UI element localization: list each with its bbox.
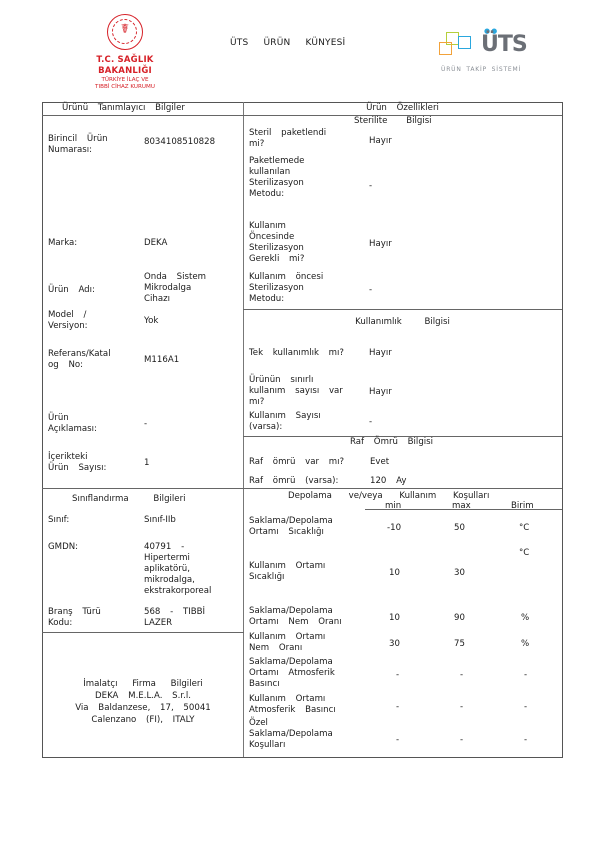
value-model: Yok	[144, 316, 158, 327]
page-title: ÜTS ÜRÜN KÜNYESİ	[230, 38, 360, 49]
value-shelf-life: 120 Ay	[370, 476, 407, 487]
label-shelf-life: Raf ömrü (varsa):	[249, 476, 338, 487]
shelf-life-heading: Raf Ömrü Bilgisi	[350, 437, 433, 448]
ministry-sub-2: TIBBİ CİHAZ KURUMU	[70, 84, 180, 91]
value-branch-code: 568 - TIBBİ LAZER	[144, 607, 205, 629]
value-product-name: Onda Sistem Mikrodalga Cihazı	[144, 272, 206, 305]
label-special-storage: Özel Saklama/Depolama Koşulları	[249, 718, 333, 751]
usage-pressure-max: -	[460, 702, 463, 713]
ministry-logo: ☤ T.C. SAĞLIK BAKANLIĞI TÜRKİYE İLAÇ VE …	[70, 14, 180, 86]
special-storage-max: -	[460, 735, 463, 746]
label-usage-count: Kullanım Sayısı (varsa):	[249, 411, 321, 433]
column-min: min	[385, 501, 401, 512]
usage-pressure-min: -	[396, 702, 399, 713]
storage-humidity-min: 10	[389, 613, 400, 624]
value-gmdn: 40791 - Hipertermi aplikatörü, mikrodalg…	[144, 542, 211, 597]
value-primary-number: 8034108510828	[144, 137, 215, 148]
cube-icon	[439, 42, 452, 55]
usage-humidity-unit: %	[521, 639, 529, 650]
value-usage-count: -	[369, 417, 372, 428]
storage-pressure-min: -	[396, 670, 399, 681]
storage-pressure-unit: -	[524, 670, 527, 681]
usage-temp-max: 30	[454, 568, 465, 579]
value-single-use: Hayır	[369, 348, 392, 359]
label-has-shelf-life: Raf ömrü var mı?	[249, 457, 344, 468]
value-content-count: 1	[144, 458, 149, 469]
storage-pressure-max: -	[460, 670, 463, 681]
label-branch-code: Branş Türü Kodu:	[48, 607, 101, 629]
value-class: Sınıf-IIb	[144, 515, 176, 526]
uts-logo-text: ÜTS	[481, 33, 527, 57]
usage-humidity-max: 75	[454, 639, 465, 650]
cube-icon	[458, 36, 471, 49]
sterility-heading: Sterilite Bilgisi	[354, 116, 432, 127]
value-sterilization-required: Hayır	[369, 239, 392, 250]
label-single-use: Tek kullanımlık mı?	[249, 348, 344, 359]
label-storage-temp: Saklama/Depolama Ortamı Sıcaklığı	[249, 516, 333, 538]
ministry-sub-1: TÜRKİYE İLAÇ VE	[70, 77, 180, 84]
caduceus-emblem-icon: ☤	[107, 14, 143, 50]
label-content-count: İçerikteki Ürün Sayısı:	[48, 452, 106, 474]
storage-temp-unit: °C	[519, 523, 529, 534]
label-packaging-method: Paketlemede kullanılan Sterilizasyon Met…	[249, 156, 304, 200]
storage-temp-min: -10	[387, 523, 401, 534]
usage-pressure-unit: -	[524, 702, 527, 713]
manufacturer-heading: İmalatçı Firma Bilgileri	[42, 679, 244, 690]
label-description: Ürün Açıklaması:	[48, 413, 97, 435]
value-reference: M116A1	[144, 355, 179, 366]
usage-temp-min: 10	[389, 568, 400, 579]
label-usage-pressure: Kullanım Ortamı Atmosferik Basıncı	[249, 694, 336, 716]
label-primary-number: Birincil Ürün Numarası:	[48, 134, 108, 156]
classification-heading: Sınıflandırma Bilgileri	[72, 494, 186, 505]
identifier-heading: Ürünü Tanımlayıcı Bilgiler	[62, 103, 185, 114]
label-model: Model / Versiyon:	[48, 310, 88, 332]
usage-humidity-min: 30	[389, 639, 400, 650]
label-brand: Marka:	[48, 238, 77, 249]
uts-logo: ●● ÜTS ÜRÜN TAKİP SİSTEMİ	[436, 28, 554, 76]
label-pre-use-method: Kullanım öncesi Sterilizasyon Metodu:	[249, 272, 323, 305]
value-pre-use-method: -	[369, 285, 372, 296]
value-brand: DEKA	[144, 238, 167, 249]
storage-humidity-unit: %	[521, 613, 529, 624]
properties-heading: Ürün Özellikleri	[243, 103, 562, 114]
label-gmdn: GMDN:	[48, 542, 78, 553]
ministry-name: T.C. SAĞLIK BAKANLIĞI	[70, 55, 180, 77]
special-storage-unit: -	[524, 735, 527, 746]
label-sterilization-required: Kullanım Öncesinde Sterilizasyon Gerekli…	[249, 221, 304, 265]
label-limited-use: Ürünün sınırlı kullanım sayısı var mı?	[249, 375, 343, 408]
column-max: max	[452, 501, 471, 512]
value-packaging-method: -	[369, 181, 372, 192]
column-unit: Birim	[511, 501, 534, 512]
storage-temp-max: 50	[454, 523, 465, 534]
label-usage-temp: Kullanım Ortamı Sıcaklığı	[249, 561, 325, 583]
special-storage-min: -	[396, 735, 399, 746]
label-storage-humidity: Saklama/Depolama Ortamı Nem Oranı	[249, 606, 342, 628]
label-product-name: Ürün Adı:	[48, 285, 95, 296]
uts-logo-subtitle: ÜRÜN TAKİP SİSTEMİ	[441, 64, 521, 75]
value-description: -	[144, 419, 147, 430]
label-class: Sınıf:	[48, 515, 69, 526]
manufacturer-name: DEKA M.E.L.A. S.r.l.	[42, 691, 244, 702]
storage-humidity-max: 90	[454, 613, 465, 624]
usage-heading: Kullanımlık Bilgisi	[243, 317, 562, 328]
usage-temp-unit: °C	[519, 548, 529, 559]
value-limited-use: Hayır	[369, 387, 392, 398]
value-has-shelf-life: Evet	[370, 457, 389, 468]
label-usage-humidity: Kullanım Ortamı Nem Oranı	[249, 632, 325, 654]
label-storage-pressure: Saklama/Depolama Ortamı Atmosferik Basın…	[249, 657, 335, 690]
value-sterile-packaged: Hayır	[369, 136, 392, 147]
label-reference: Referans/Katal og No:	[48, 349, 111, 371]
label-sterile-packaged: Steril paketlendi mi?	[249, 128, 326, 150]
manufacturer-address-1: Via Baldanzese, 17, 50041	[42, 703, 244, 714]
manufacturer-address-2: Calenzano (FI), ITALY	[42, 715, 244, 726]
